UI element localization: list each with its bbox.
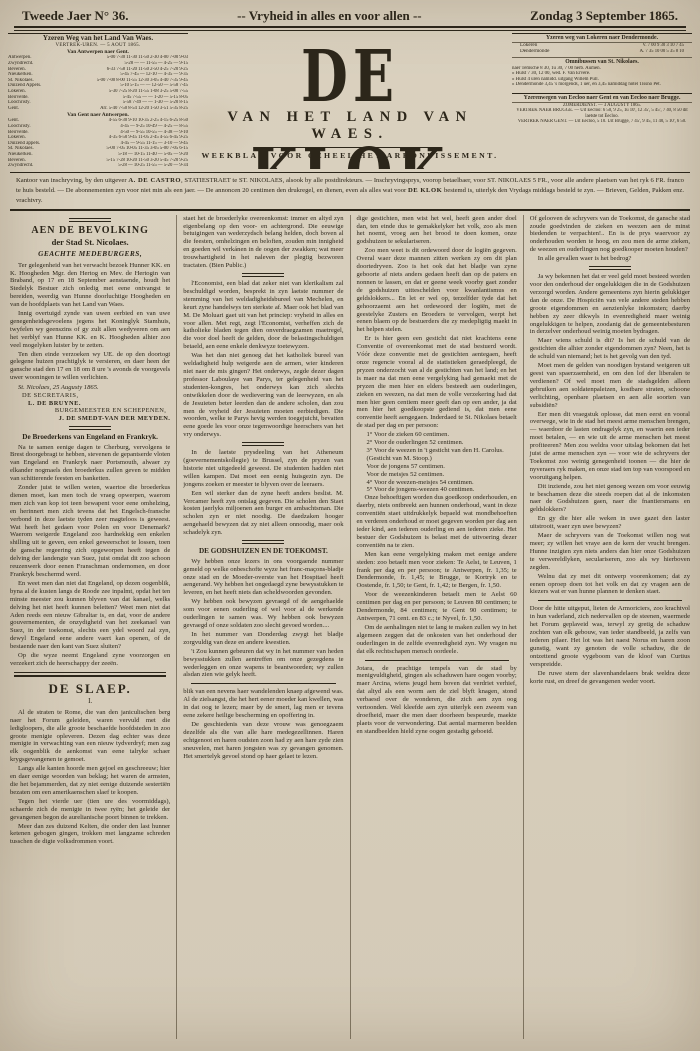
article-paragraph: In alle gevallen waer is het bedrog? <box>530 255 690 263</box>
omnibus-lines: naer Temsche 8 30, 1u 30, 7 00 herb. Aum… <box>512 66 692 88</box>
article-columns: AEN DE BEVOLKINGder Stad St. Nicolaes.GE… <box>8 213 692 1039</box>
newspaper-title: DE KLOK <box>194 33 506 125</box>
ornament-divider <box>69 218 111 222</box>
article-paragraph: En gy die hier alle weken in uwe gazet d… <box>530 515 690 531</box>
ornament-divider <box>589 266 631 270</box>
article-heading: DE SLAEP. <box>10 681 170 697</box>
article-paragraph: l'Economist, een blad dat zeker niet van… <box>183 280 343 351</box>
article-subheading: der Stad St. Nicolaes. <box>10 237 170 247</box>
eecloo-section: Yzerenwegen van Eecloo naer Gent en van … <box>512 93 692 125</box>
lokeren-schedule-rows: LokerenV. 7 00 9 30 3 10 7 45Dendermonde… <box>512 43 692 55</box>
article-paragraph: In het nummer van Donderdag zwygt het bl… <box>183 631 343 647</box>
masthead: DE KLOK VAN HET LAND VAN WAES. WEEKBLAD … <box>194 33 506 169</box>
eecloo-title: Yzerenwegen van Eecloo naer Gent en van … <box>512 93 692 103</box>
article-paragraph: De geschiedenis van deze vrouw was genoe… <box>183 721 343 761</box>
article-paragraph: Welnu dat zy met dit ontwerp voorenkomen… <box>530 573 690 597</box>
article-paragraph: Door de hitte uitgeput, lieten de Armori… <box>530 605 690 668</box>
station-name: Gent. <box>8 106 22 112</box>
schedule-rows-gent-antwerpen: Gent.4-55 6-30 9-10 10-35 2-25 4-15 6-25… <box>8 118 188 169</box>
body-column-4: Of gelooven de schryvers van de Toekomst… <box>523 215 690 1039</box>
schedule-row: Gent.Arr. 5-40 7-50 8-54 12-20 1-50 3-51… <box>8 106 188 112</box>
article-paragraph: En weet men dan niet dat Engeland, op de… <box>10 580 170 651</box>
top-bar: Tweede Jaer N° 36. -- Vryheid in alles e… <box>8 5 692 26</box>
train-schedule-right: Yzeren weg van Lokeren naer Dendermonde.… <box>512 33 692 169</box>
signature-title: BURGEMEESTER EN SCHEPENEN, <box>10 407 170 415</box>
chapter-numeral: I. <box>10 697 170 705</box>
article-paragraph: staet het de broederlyke overeenkomst: i… <box>183 215 343 270</box>
ornament-divider <box>69 426 111 430</box>
article-paragraph: In de laetste prysdeeling van het Athene… <box>183 449 343 489</box>
article-paragraph: Jotara, de prachtige tempels van de stad… <box>357 665 517 736</box>
article-paragraph: Dit inziende, zou het niet genoeg wezen … <box>530 483 690 515</box>
section-divider <box>191 683 335 684</box>
article-paragraph: De ruwe stem der slavenhandelaers brak w… <box>530 670 690 686</box>
feuilleton-divider <box>14 672 166 677</box>
article-paragraph: 't Zou kunnen gebeuren dat wy in het num… <box>183 648 343 680</box>
article-paragraph: Meer dan zes duizend Kelten, die onder d… <box>10 823 170 847</box>
station-name: Dendermonde <box>520 49 552 55</box>
issue-number: Tweede Jaer N° 36. <box>22 8 129 24</box>
schedule-rows-antwerpen-gent: Antwerpen.5-00 7-30 11-30 11-50 2-30 4-0… <box>8 55 188 111</box>
imprint-name-bold: DE KLOK <box>408 187 442 194</box>
article-paragraph: Langs alle kanten hoorde men gejoel en g… <box>10 765 170 797</box>
newspaper-page: Tweede Jaer N° 36. -- Vryheid in alles e… <box>0 0 700 1051</box>
article-paragraph: Voor de weezenkinderen betaelt men te Ae… <box>357 591 517 623</box>
article-paragraph: Maer de schryvers van de Toekomst willen… <box>530 532 690 572</box>
article-paragraph: blik van een nevens haer wandelenden kna… <box>183 688 343 720</box>
price-list-item: Voor de meisjes 52 centimen. <box>357 471 517 479</box>
article-paragraph: Eer men dit vraegstuk oplosse, dat men e… <box>530 411 690 482</box>
header-rule <box>14 26 686 31</box>
body-column-3: dige gestichten, men wist het wel, heeft… <box>350 215 517 1039</box>
article-paragraph: dige gestichten, men wist het wel, heeft… <box>357 215 517 247</box>
price-list-item: 3° Voor de weezen in 't gesticht van den… <box>357 447 517 463</box>
departure-times: A. 7 35 10 00 5 35 8 10 <box>552 49 684 55</box>
eecloo-lines: ZOMERDIENST. — 3 AUGUSTY 1865.VERTREK NA… <box>512 103 692 124</box>
article-paragraph: Zoo men weet is dit ordewoord door de lo… <box>357 247 517 334</box>
price-list-item: 2° Voor de ouderlingen 52 centimen. <box>357 439 517 447</box>
imprint: Kantoor van inschryving, by den uitgever… <box>8 173 692 208</box>
omnibus-title: Omnibussen van St. Nikolaes. <box>512 57 692 65</box>
article-paragraph: Of gelooven de schryvers van de Toekomst… <box>530 215 690 255</box>
motto: -- Vryheid in alles en voor allen -- <box>237 8 422 24</box>
schedule-row: DendermondeA. 7 35 10 00 5 35 8 10 <box>512 49 692 55</box>
eecloo-line: VERTREK NAER BRUGGE. — Uit Eecloo: 6 50,… <box>512 108 692 119</box>
article-paragraph: Onze behoeftigen worden dus goedkoop ond… <box>357 494 517 549</box>
article-paragraph: Wy hebben ook bewyzen gevraegd of de aen… <box>183 598 343 630</box>
signature-title: DE SECRETARIS, <box>10 392 170 400</box>
article-paragraph: Ten dien einde verzoeken wy UE. de op de… <box>10 351 170 383</box>
body-column-2: staet het de broederlyke overeenkomst: i… <box>176 215 343 1039</box>
signature-date: St. Nicolaes, 25 Augusty 1865. <box>10 384 170 392</box>
price-list-item: 1° Voor de zieken 60 centimen. <box>357 431 517 439</box>
article-heading: AEN DE BEVOLKING <box>10 225 170 237</box>
article-paragraph: Tegen het vierde uer (tien ure des voorm… <box>10 798 170 822</box>
signature-name: L. DE BRUYNE. <box>10 400 170 408</box>
ornament-divider <box>242 273 284 277</box>
eecloo-line: VERTREK NAER GENT. — Uit Eecloo, 5 10. U… <box>512 119 692 124</box>
article-paragraph: Een wil sterker dan de zyne heeft anders… <box>183 490 343 537</box>
schedule-title: Yzeren Weg van het Land Van Waes. <box>8 33 188 43</box>
article-paragraph: Innig overtuigd zynde van uwen eerbied e… <box>10 310 170 350</box>
article-paragraph: Na te samen eenige dagen te Cherburg, ve… <box>10 444 170 484</box>
lokeren-schedule-title: Yzeren weg van Lokeren naer Dendermonde. <box>512 33 692 43</box>
salutation: GEACHTE MEDEBURGERS, <box>10 250 170 259</box>
article-paragraph: Maer wiens schuld is dit? Is het de schu… <box>530 337 690 361</box>
ornament-divider <box>242 540 284 544</box>
price-list-item: 5° Voor de jongens-weezen 40 centimen. <box>357 486 517 494</box>
issue-date: Zondag 3 September 1865. <box>530 8 678 24</box>
article-heading: DE GODSHUIZEN EN DE TOEKOMST. <box>183 547 343 556</box>
article-heading: De Broederkens van Engeland en Frankryk. <box>10 433 170 442</box>
article-paragraph: Op die wyze neemt Engeland zyne voorzorg… <box>10 652 170 668</box>
article-paragraph: Was het dan niet genoeg dat het katholie… <box>183 352 343 439</box>
article-paragraph: Ja wy bekennen het dat er veel geld moet… <box>530 273 690 336</box>
price-list-item: Voor de jongens 57 centimen. <box>357 463 517 471</box>
price-list-item: 4° Voor de weezen-meisjes 54 centimen. <box>357 479 517 487</box>
ornament-divider <box>242 442 284 446</box>
masthead-zone: Yzeren Weg van het Land Van Waes. VERTRE… <box>8 33 692 169</box>
imprint-rule-bottom <box>10 209 690 211</box>
article-paragraph: Om de aenhalingen niet te lang te maken … <box>357 624 517 656</box>
body-column-1: AEN DE BEVOLKINGder Stad St. Nicolaes.GE… <box>10 215 170 1039</box>
article-paragraph: Ter gelegenheid van het verwacht bezoek … <box>10 262 170 309</box>
section-divider <box>538 600 682 601</box>
article-paragraph: Moet men de gelden van noodigen bystand … <box>530 362 690 409</box>
train-schedule-left: Yzeren Weg van het Land Van Waes. VERTRE… <box>8 33 188 169</box>
omnibus-line: » Dendermonde 3,45 's morgends, 1 uer, e… <box>512 82 692 87</box>
article-paragraph: Al de straten te Rome, die van den janic… <box>10 709 170 764</box>
schedule-subtitle: VERTREK-UREN. — 5 AOUT 1865. <box>8 43 188 49</box>
article-paragraph: Wy hebben onze lezers in ons voorgaende … <box>183 558 343 598</box>
departure-times: Arr. 5-40 7-50 8-54 12-20 1-50 3-51 5-35… <box>22 106 188 112</box>
article-paragraph: Men kan eene vergelyking maken met eenig… <box>357 551 517 591</box>
article-paragraph: Er is hier geen een gesticht dat niet kr… <box>357 335 517 430</box>
article-paragraph: Zonder juist te willen weten, waertoe di… <box>10 484 170 579</box>
imprint-text-segment: Kantoor van inschryving, by den uitgever <box>16 177 128 184</box>
section-divider <box>365 660 509 661</box>
imprint-name-bold: A. DE CASTRO <box>128 177 181 184</box>
signature-name: J. DE SMEDT-VAN DER MEYDEN. <box>10 415 170 423</box>
